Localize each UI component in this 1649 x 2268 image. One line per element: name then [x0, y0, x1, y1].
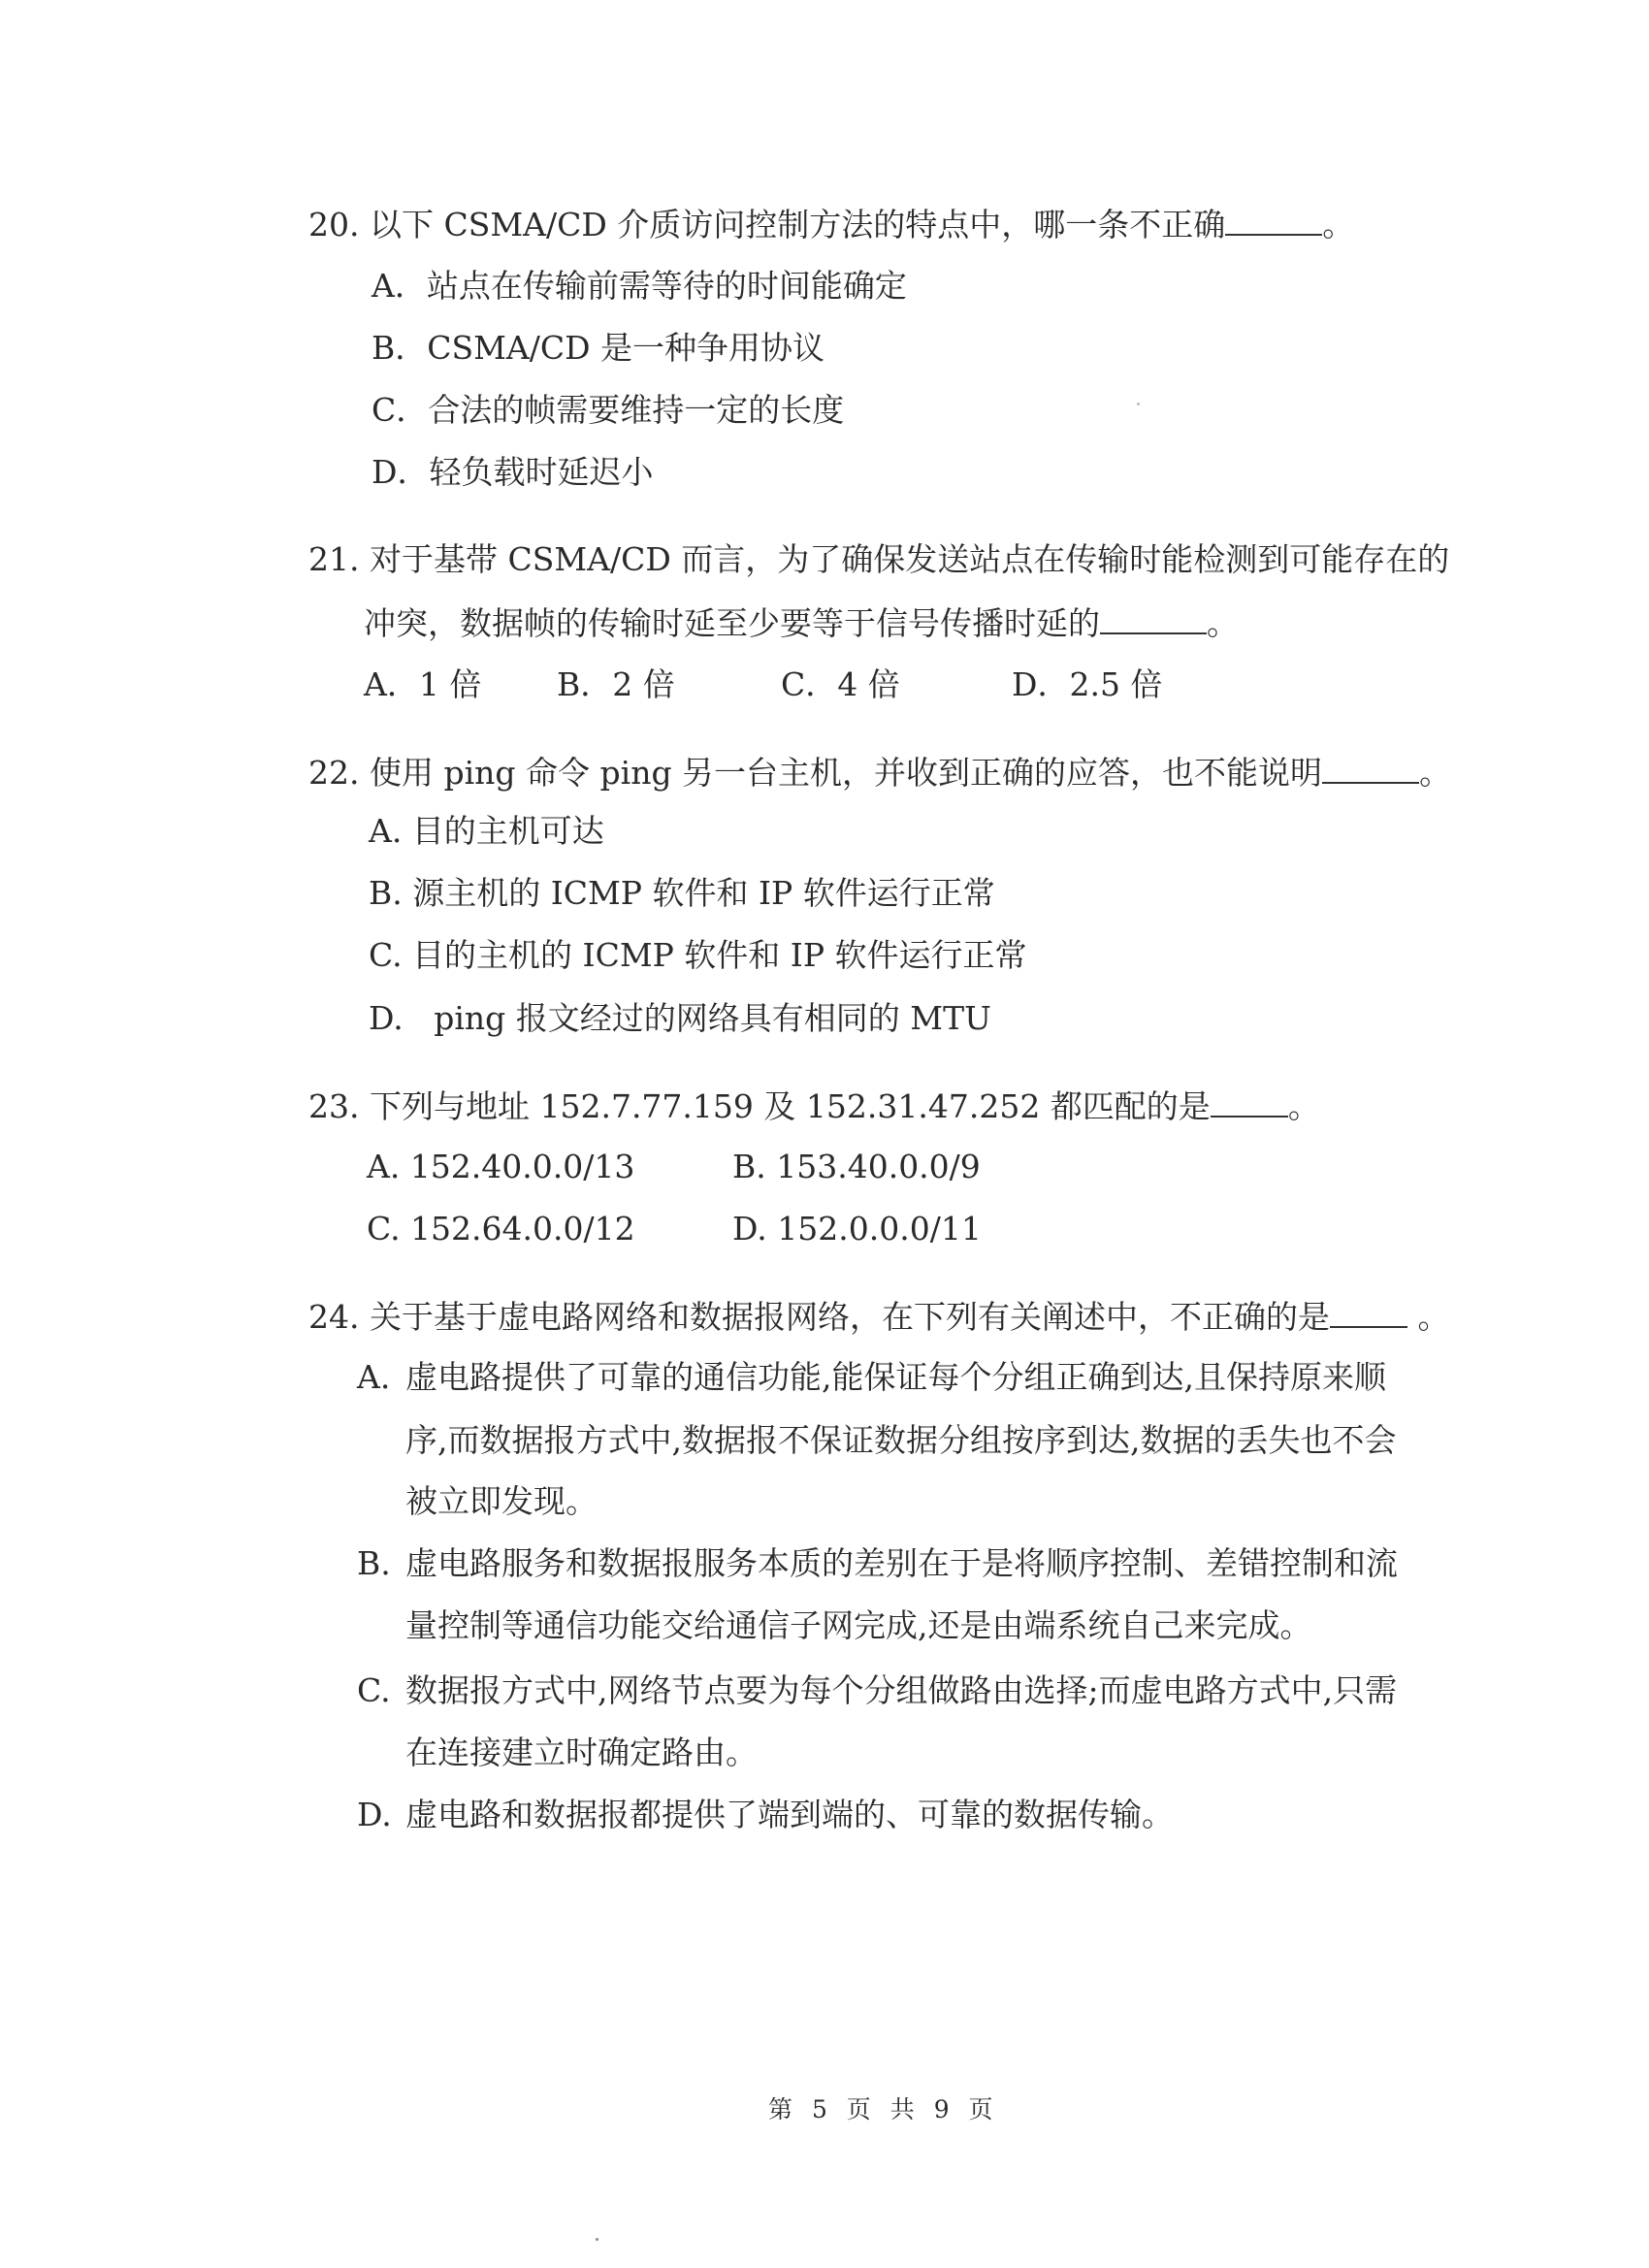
- q23-answer-blank: [1211, 1086, 1288, 1118]
- q24-answer-blank: [1330, 1297, 1407, 1328]
- q21-option-c: C．4 倍: [781, 665, 900, 704]
- q24-option-d-label: D.: [357, 1796, 392, 1834]
- q21-stem-line1: 21. 对于基带 CSMA/CD 而言，为了确保发送站点在传输时能检测到可能存在…: [308, 540, 1449, 579]
- q24-option-a-label: A.: [357, 1358, 390, 1397]
- q22-option-d: D. ping 报文经过的网络具有相同的 MTU: [369, 999, 991, 1038]
- q20-option-a: A．站点在传输前需等待的时间能确定: [372, 267, 907, 306]
- q22-stem: 22. 使用 ping 命令 ping 另一台主机，并收到正确的应答，也不能说明…: [308, 753, 1451, 793]
- q24-option-b-line2: 量控制等通信功能交给通信子网完成,还是由端系统自己来完成。: [405, 1606, 1312, 1645]
- q21-option-d: D．2.5 倍: [1012, 665, 1162, 704]
- q20-stem-text: 以下 CSMA/CD 介质访问控制方法的特点中，哪一条不正确: [370, 206, 1225, 243]
- q24-option-b-line1: 虚电路服务和数据报服务本质的差别在于是将顺序控制、差错控制和流: [405, 1544, 1398, 1583]
- q21-answer-blank: [1100, 603, 1207, 634]
- q24-option-a-line1: 虚电路提供了可靠的通信功能,能保证每个分组正确到达,且保持原来顺: [405, 1358, 1386, 1397]
- q24-option-a-line3: 被立即发现。: [405, 1482, 598, 1521]
- scan-speck: [1137, 403, 1140, 405]
- q23-number: 23.: [308, 1087, 359, 1125]
- q20-option-c: C．合法的帧需要维持一定的长度: [372, 391, 844, 430]
- q24-option-a-line2: 序,而数据报方式中,数据报不保证数据分组按序到达,数据的丢失也不会: [405, 1421, 1396, 1460]
- q22-number: 22.: [308, 754, 359, 792]
- page-footer: 第 5 页 共 9 页: [768, 2095, 999, 2124]
- q20-option-d: D．轻负载时延迟小: [372, 453, 653, 492]
- q21-number: 21.: [308, 540, 359, 578]
- q20-answer-blank: [1225, 205, 1322, 236]
- q22-option-b: B. 源主机的 ICMP 软件和 IP 软件运行正常: [369, 874, 995, 913]
- q24-option-c-line2: 在连接建立时确定路由。: [405, 1733, 758, 1772]
- q21-option-b: B．2 倍: [557, 665, 675, 704]
- q24-option-d-line1: 虚电路和数据报都提供了端到端的、可靠的数据传输。: [405, 1796, 1174, 1834]
- q22-option-c: C. 目的主机的 ICMP 软件和 IP 软件运行正常: [369, 936, 1027, 975]
- q22-option-a: A. 目的主机可达: [369, 812, 604, 851]
- q24-option-c-label: C.: [357, 1671, 391, 1710]
- q23-option-a: A. 152.40.0.0/13: [367, 1148, 634, 1186]
- q23-option-c: C. 152.64.0.0/12: [367, 1210, 635, 1248]
- q24-option-c-line1: 数据报方式中,网络节点要为每个分组做路由选择;而虚电路方式中,只需: [405, 1671, 1397, 1710]
- q24-stem: 24. 关于基于虚电路网络和数据报网络，在下列有关阐述中，不正确的是 。: [308, 1297, 1449, 1337]
- q22-answer-blank: [1322, 753, 1419, 784]
- q20-option-b: B．CSMA/CD 是一种争用协议: [372, 329, 824, 368]
- q23-option-d: D. 152.0.0.0/11: [732, 1210, 982, 1248]
- q24-number: 24.: [308, 1298, 359, 1336]
- q20-number: 20.: [308, 206, 359, 243]
- scan-speck: [596, 2238, 598, 2241]
- q21-stem-line2: 冲突，数据帧的传输时延至少要等于信号传播时延的。: [364, 603, 1239, 643]
- q24-option-b-label: B.: [357, 1544, 391, 1583]
- q20-stem: 20. 以下 CSMA/CD 介质访问控制方法的特点中，哪一条不正确。: [308, 205, 1354, 244]
- q21-option-a: A．1 倍: [364, 665, 481, 704]
- q23-stem: 23. 下列与地址 152.7.77.159 及 152.31.47.252 都…: [308, 1086, 1320, 1126]
- q23-option-b: B. 153.40.0.0/9: [732, 1148, 981, 1186]
